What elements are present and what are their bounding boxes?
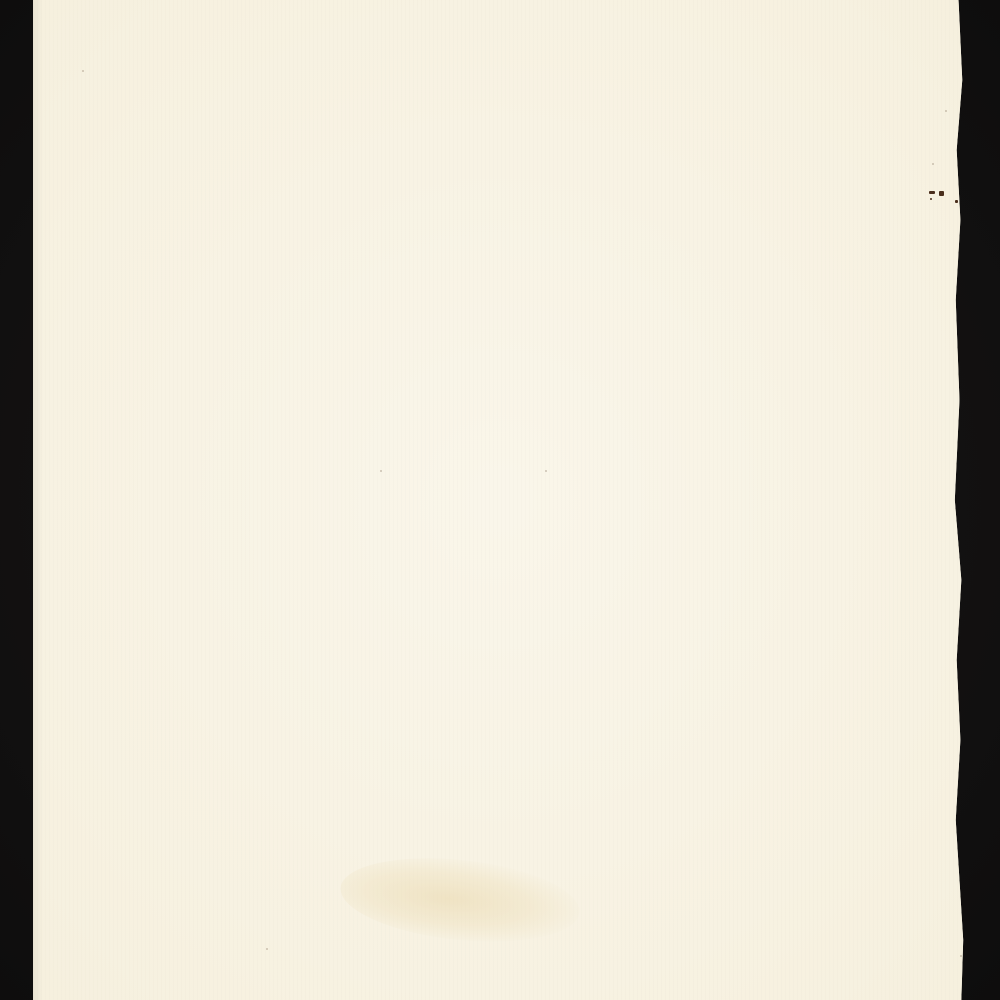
paper-speck [82, 70, 84, 72]
paper-speck [545, 470, 547, 472]
paper-speck [932, 163, 934, 165]
foxing-spot [939, 191, 944, 196]
foxing-spot [929, 191, 935, 194]
foxing-spot [955, 200, 958, 203]
blank-paper-sheet [33, 0, 966, 1000]
paper-speck [266, 948, 268, 950]
paper-edge-shadow [33, 0, 43, 1000]
paper-speck [960, 955, 962, 957]
paper-speck [945, 110, 947, 112]
foxing-spot [930, 198, 932, 200]
paper-speck [380, 470, 382, 472]
